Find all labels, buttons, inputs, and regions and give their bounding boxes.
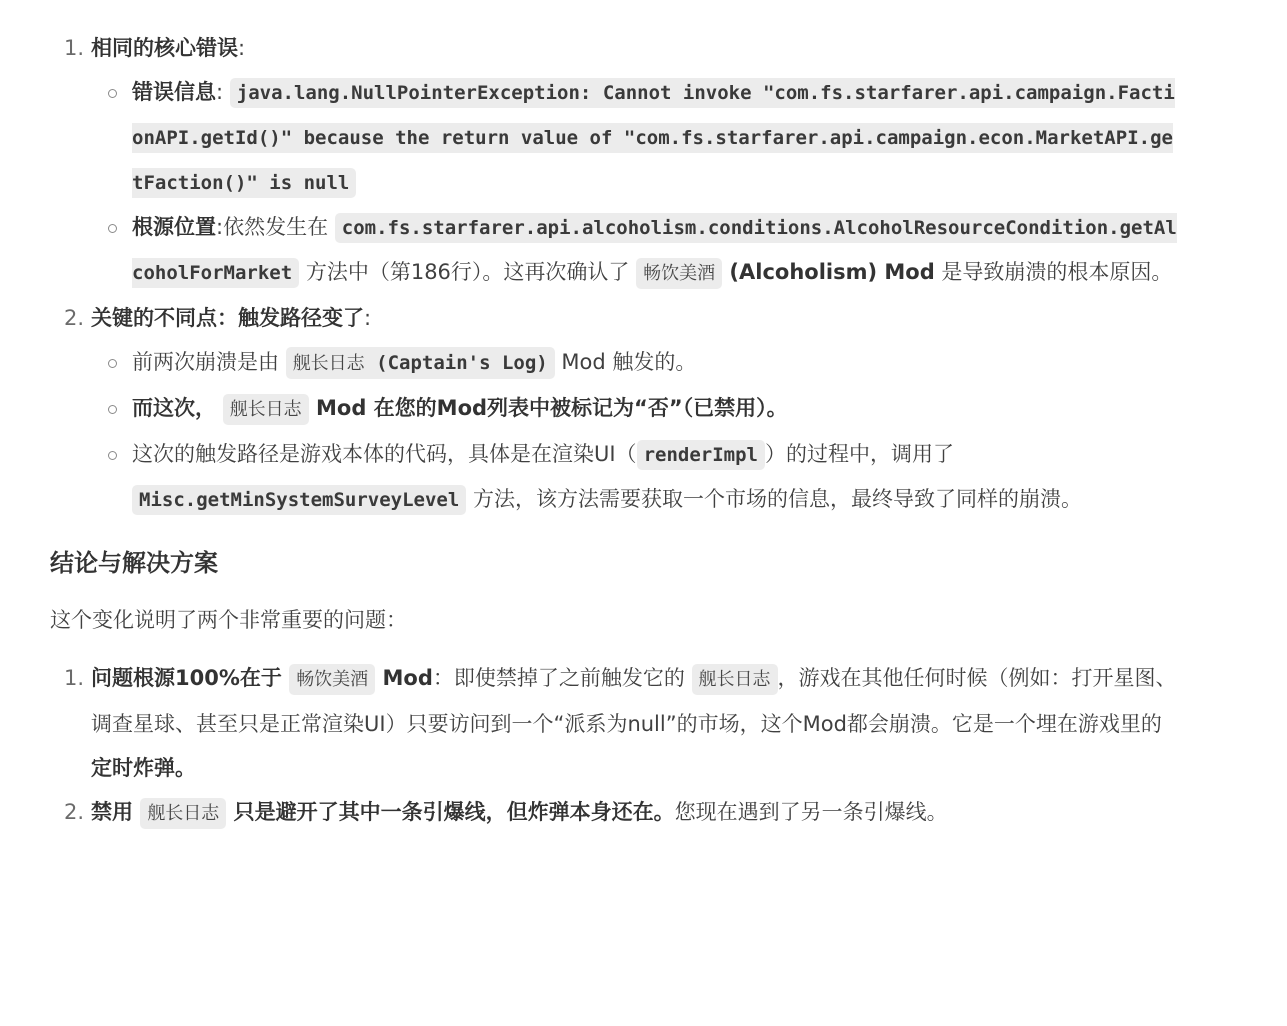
findings-list: 1. 相同的核心错误: 错误信息: java.lang.NullPointerE… xyxy=(50,26,1180,522)
mod-name-alcoholism: 畅饮美酒 xyxy=(636,258,722,289)
mod-name-captains-log: 舰长日志 (Captain's Log) xyxy=(286,347,555,379)
sub-list: 错误信息: java.lang.NullPointerException: Ca… xyxy=(91,70,1180,296)
error-code: java.lang.NullPointerException: Cannot i… xyxy=(132,78,1175,198)
text: 是导致崩溃的根本原因。 xyxy=(935,260,1173,284)
bullet-icon xyxy=(108,359,117,368)
intro-paragraph: 这个变化说明了两个非常重要的问题： xyxy=(50,598,1180,642)
document: 1. 相同的核心错误: 错误信息: java.lang.NullPointerE… xyxy=(0,0,1180,836)
list-item-key-difference: 2. 关键的不同点：触发路径变了: 前两次崩溃是由 舰长日志 (Captain'… xyxy=(50,296,1180,522)
text: 您现在遇到了另一条引爆线。 xyxy=(675,800,948,824)
text: 前两次崩溃是由 xyxy=(132,350,286,374)
sub-item-root-location: 根源位置:依然发生在 com.fs.starfarer.api.alcoholi… xyxy=(50,205,1180,296)
bold-text: Mod 在您的Mod列表中被标记为“否”（已禁用）。 xyxy=(309,396,788,420)
mod-en: (Captain's Log) xyxy=(365,352,548,374)
section-heading: 结论与解决方案 xyxy=(50,522,1180,580)
sub-item-trigger-path: 这次的触发路径是游戏本体的代码，具体是在渲染UI（renderImpl）的过程中… xyxy=(50,432,1180,522)
text: 这次的触发路径是游戏本体的代码，具体是在渲染UI（ xyxy=(132,442,637,466)
bold-text: Mod xyxy=(375,666,433,690)
label: 根源位置 xyxy=(132,215,216,239)
render-impl-code: renderImpl xyxy=(637,440,765,470)
bullet-icon xyxy=(108,89,117,98)
list-item-disable-captains-log: 2. 禁用 舰长日志 只是避开了其中一条引爆线，但炸弹本身还在。您现在遇到了另一… xyxy=(50,790,1180,836)
sub-item-previous-crashes: 前两次崩溃是由 舰长日志 (Captain's Log) Mod 触发的。 xyxy=(50,340,1180,386)
colon: : xyxy=(364,306,371,330)
bullet-icon xyxy=(108,405,117,414)
mod-name-captains-log: 舰长日志 xyxy=(692,664,778,695)
list-number: 2. xyxy=(64,296,84,340)
colon: : xyxy=(216,80,223,104)
bold-text: 只是避开了其中一条引爆线，但炸弹本身还在。 xyxy=(226,800,674,824)
text: 方法，该方法需要获取一个市场的信息，最终导致了同样的崩溃。 xyxy=(466,487,1082,511)
item-title: 关键的不同点：触发路径变了 xyxy=(91,306,364,330)
bold-text: 禁用 xyxy=(91,800,140,824)
text: Mod 触发的。 xyxy=(555,350,697,374)
bullet-icon xyxy=(108,224,117,233)
text: ）的过程中，调用了 xyxy=(765,442,954,466)
item-title: 相同的核心错误 xyxy=(91,36,238,60)
sub-item-error-message: 错误信息: java.lang.NullPointerException: Ca… xyxy=(50,70,1180,205)
label: 错误信息 xyxy=(132,80,216,104)
list-item-root-cause: 1. 问题根源100%在于 畅饮美酒 Mod：即使禁掉了之前触发它的 舰长日志，… xyxy=(50,656,1180,790)
text: 方法中（第186行）。这再次确认了 xyxy=(299,260,636,284)
mod-name-alcoholism: 畅饮美酒 xyxy=(289,664,375,695)
list-item-same-core-error: 1. 相同的核心错误: 错误信息: java.lang.NullPointerE… xyxy=(50,26,1180,296)
text: 依然发生在 xyxy=(223,215,328,239)
text: ：即使禁掉了之前触发它的 xyxy=(433,666,692,690)
bullet-icon xyxy=(108,451,117,460)
misc-method-code: Misc.getMinSystemSurveyLevel xyxy=(132,485,466,515)
list-number: 1. xyxy=(64,26,84,70)
mod-name-captains-log: 舰长日志 xyxy=(223,394,309,425)
list-number: 1. xyxy=(64,656,84,700)
mod-name-bold: (Alcoholism) Mod xyxy=(722,260,935,284)
bold-text: 而这次， xyxy=(132,396,216,420)
bold-text: 问题根源100%在于 xyxy=(91,666,289,690)
list-number: 2. xyxy=(64,790,84,834)
sub-item-this-time: 而这次， 舰长日志 Mod 在您的Mod列表中被标记为“否”（已禁用）。 xyxy=(50,386,1180,432)
sub-list: 前两次崩溃是由 舰长日志 (Captain's Log) Mod 触发的。 而这… xyxy=(91,340,1180,522)
mod-name-captains-log: 舰长日志 xyxy=(140,798,226,829)
mod-cn: 舰长日志 xyxy=(293,353,365,374)
bold-text: 定时炸弹。 xyxy=(91,756,196,780)
colon: : xyxy=(238,36,245,60)
conclusion-list: 1. 问题根源100%在于 畅饮美酒 Mod：即使禁掉了之前触发它的 舰长日志，… xyxy=(50,656,1180,836)
